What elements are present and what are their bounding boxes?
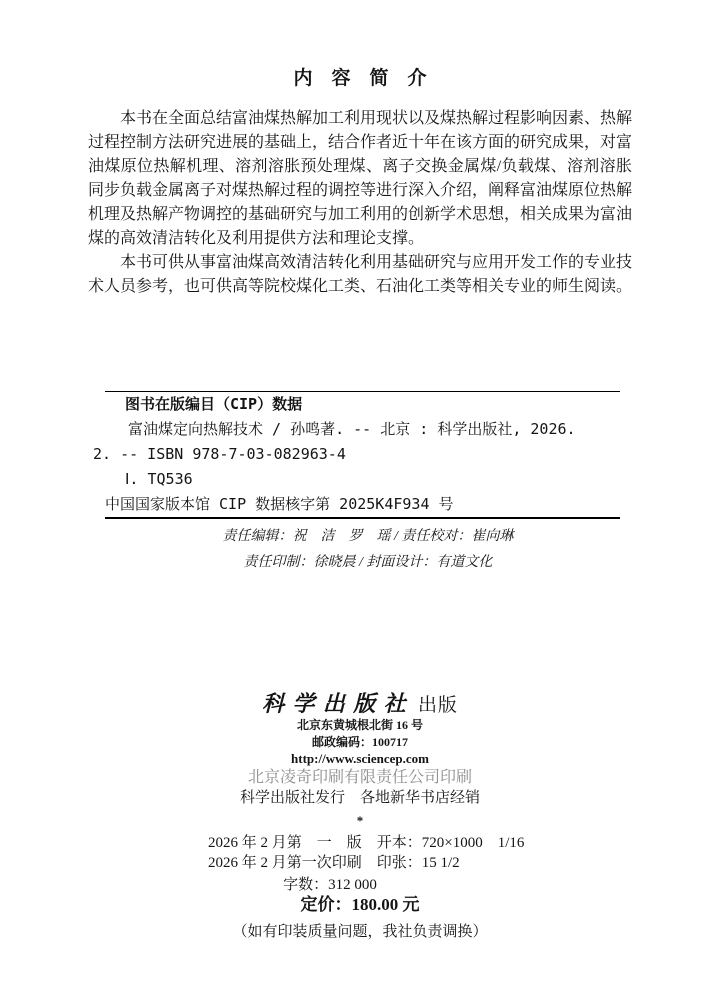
credits-editors-line: 责任编辑：祝 洁 罗 瑶 / 责任校对：崔向琳 [16,524,720,550]
asterisk-separator: * [0,813,720,829]
first-printing-line: 2026 年 2 月第一次印刷 印张：15 1/2 [208,853,460,873]
price-line: 定价：180.00 元 [0,894,720,916]
exchange-note: （如有印装质量问题，我社负责调换） [0,922,720,942]
cip-heading: 图书在版编目（CIP）数据 [125,392,627,417]
cip-divider-bottom [105,517,620,519]
cip-data-block: 图书在版编目（CIP）数据 富油煤定向热解技术 / 孙鸣著. -- 北京 : 科… [93,392,627,517]
cip-registry-line: 中国国家版本馆 CIP 数据核字第 2025K4F934 号 [105,492,627,517]
staff-credits: 责任编辑：祝 洁 罗 瑶 / 责任校对：崔向琳 责任印制：徐晓晨 / 封面设计：… [0,524,720,576]
distribution-line: 科学出版社发行 各地新华书店经销 [0,789,720,807]
summary-paragraph-2: 本书可供从事富油煤高效清洁转化利用基础研究与应用开发工作的专业技术人员参考，也可… [88,251,632,299]
first-edition-line: 2026 年 2 月第 一 版 开本：720×1000 1/16 [208,833,524,853]
publisher-logo-line: 科学出版社出版 [0,692,720,719]
printer-line: 北京凌奇印刷有限责任公司印刷 [0,768,720,788]
publisher-postcode: 邮政编码：100717 [0,735,720,749]
publisher-logo: 科学出版社 [262,691,414,716]
publisher-logo-suffix: 出版 [418,695,458,716]
credits-printing-line: 责任印制：徐晓晨 / 封面设计：有道文化 [16,550,720,576]
cip-isbn-line: 2. -- ISBN 978-7-03-082963-4 [93,442,627,467]
word-count-line: 字数：312 000 [0,875,660,895]
content-summary: 本书在全面总结富油煤热解加工利用现状以及煤热解过程影响因素、热解过程控制方法研究… [88,107,632,299]
book-copyright-page: 内 容 简 介 本书在全面总结富油煤热解加工利用现状以及煤热解过程影响因素、热解… [0,0,720,1000]
cip-class-line: Ⅰ. TQ536 [125,467,627,492]
publisher-website: http://www.sciencep.com [0,751,720,766]
cip-title-line: 富油煤定向热解技术 / 孙鸣著. -- 北京 : 科学出版社, 2026. [128,417,627,442]
summary-paragraph-1: 本书在全面总结富油煤热解加工利用现状以及煤热解过程影响因素、热解过程控制方法研究… [88,107,632,251]
publisher-address: 北京东黄城根北街 16 号 [0,718,720,732]
page-title: 内 容 简 介 [0,64,720,92]
